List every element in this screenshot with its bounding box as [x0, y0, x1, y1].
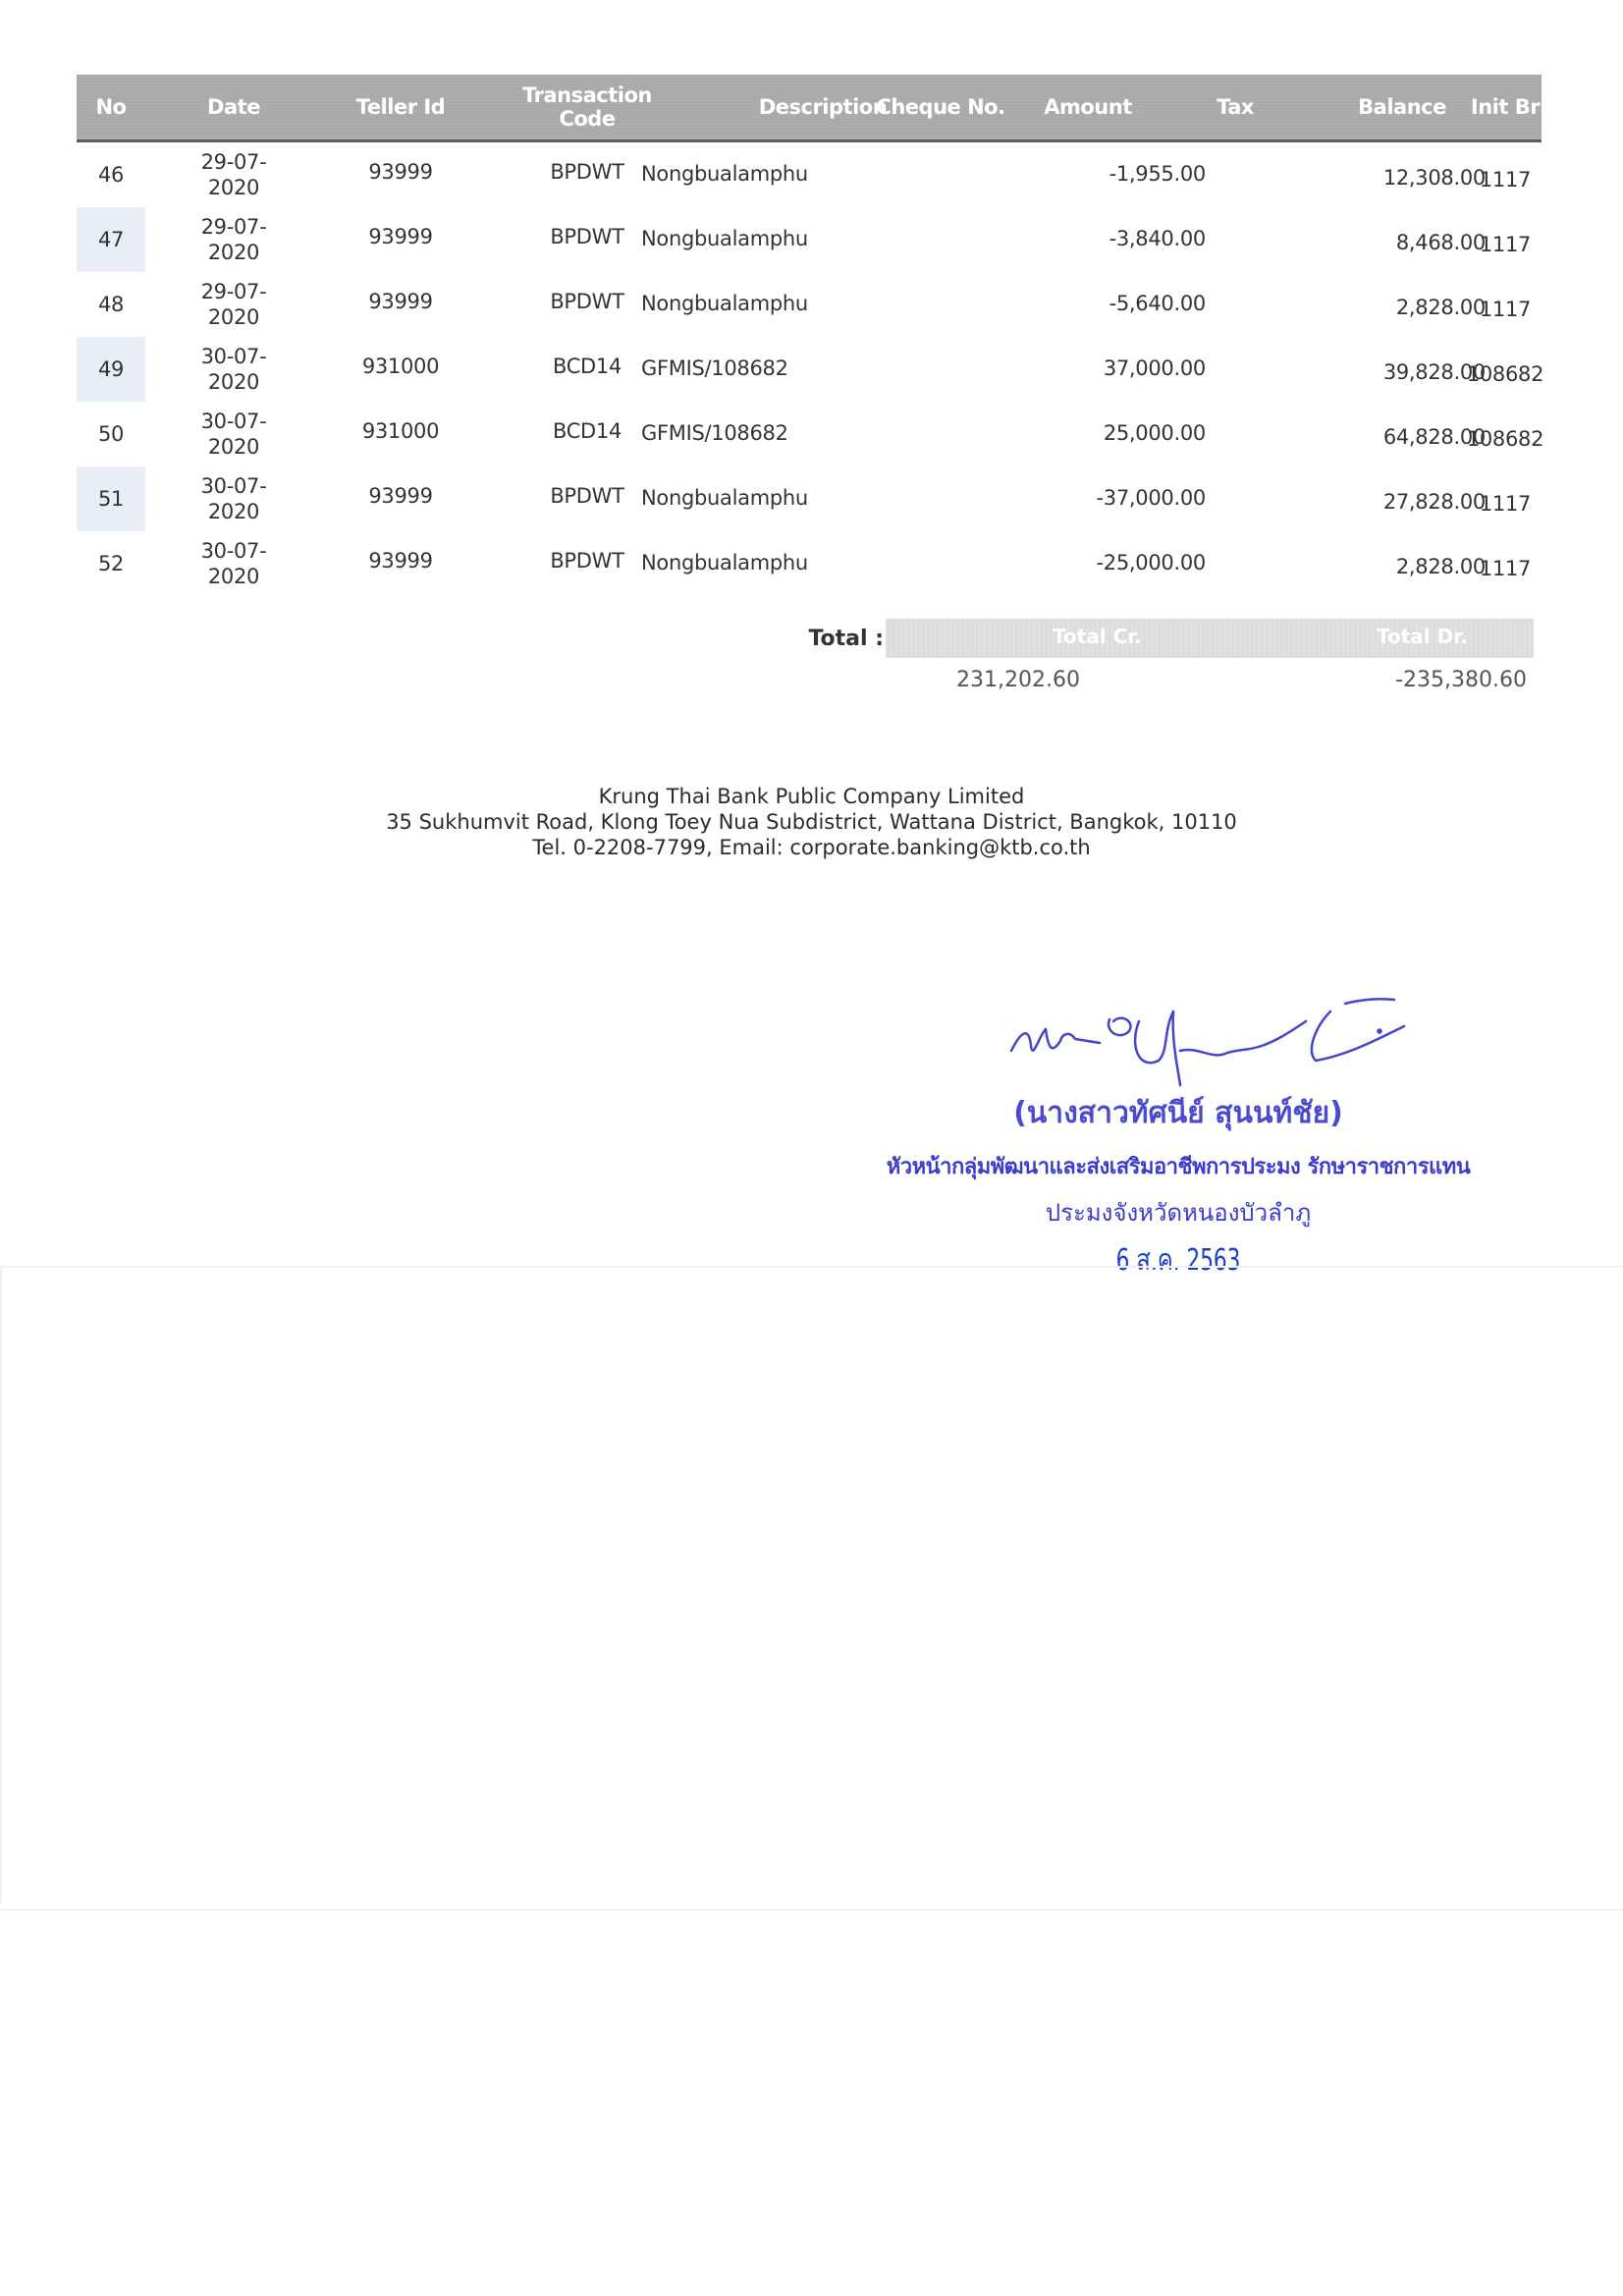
cell-balance: 2,828.00	[1235, 531, 1486, 596]
cell-balance: 2,828.00	[1235, 272, 1486, 337]
cell-amount: -3,840.00	[960, 207, 1206, 272]
header-no: No	[77, 75, 145, 139]
totals-section: Total : Total Cr. Total Dr. 231,202.60 -…	[805, 619, 1551, 727]
cell-date: 30-07-2020	[175, 531, 293, 596]
cell-date-line2: 2020	[208, 240, 259, 265]
cell-date: 29-07-2020	[175, 142, 293, 207]
totals-header-bar: Total Cr. Total Dr.	[886, 619, 1534, 658]
cell-no: 46	[77, 142, 145, 207]
cell-teller-id: 93999	[312, 531, 489, 596]
table-row: 4930-07-2020931000BCD14GFMIS/10868237,00…	[77, 337, 1542, 402]
cell-date-line2: 2020	[208, 434, 259, 460]
signatory-title: หัวหน้ากลุ่มพัฒนาและส่งเสริมอาชีพการประม…	[844, 1149, 1512, 1183]
cell-date: 30-07-2020	[175, 466, 293, 531]
cell-amount: -5,640.00	[960, 272, 1206, 337]
cell-amount: 25,000.00	[960, 402, 1206, 466]
cell-init-br: 1117	[1451, 531, 1559, 596]
cell-date-line1: 30-07-	[201, 538, 267, 564]
cell-date: 30-07-2020	[175, 337, 293, 402]
cell-amount: -37,000.00	[960, 466, 1206, 531]
total-debit-header: Total Dr.	[1377, 625, 1468, 648]
table-body: 4629-07-202093999BPDWTNongbualamphu-1,95…	[77, 142, 1542, 596]
cell-init-br: 108682	[1451, 402, 1559, 466]
cell-date-line2: 2020	[208, 175, 259, 200]
cell-balance: 27,828.00	[1235, 466, 1486, 531]
cell-date-line1: 30-07-	[201, 344, 267, 369]
scan-page-divider	[0, 1266, 1623, 1268]
table-row: 5030-07-2020931000BCD14GFMIS/10868225,00…	[77, 402, 1542, 466]
total-credit-value: 231,202.60	[956, 668, 1080, 692]
signatory-organization: ประมงจังหวัดหนองบัวลำภู	[844, 1193, 1512, 1231]
certification-date: 6 ส.ค. 2563	[911, 1237, 1445, 1284]
table-row: 4629-07-202093999BPDWTNongbualamphu-1,95…	[77, 142, 1542, 207]
cell-no: 47	[77, 207, 145, 272]
cell-date-line1: 29-07-	[201, 279, 267, 304]
cell-amount: -1,955.00	[960, 142, 1206, 207]
cell-teller-id: 93999	[312, 142, 489, 207]
cell-balance: 12,308.00	[1235, 142, 1486, 207]
table-row: 5230-07-202093999BPDWTNongbualamphu-25,0…	[77, 531, 1542, 596]
header-tax: Tax	[1176, 75, 1294, 139]
cell-init-br: 1117	[1451, 272, 1559, 337]
cell-date: 29-07-2020	[175, 207, 293, 272]
header-teller-id: Teller Id	[312, 75, 489, 139]
cell-init-br: 1117	[1451, 142, 1559, 207]
table-row: 4829-07-202093999BPDWTNongbualamphu-5,64…	[77, 272, 1542, 337]
total-debit-value: -235,380.60	[1395, 668, 1527, 692]
cell-date-line1: 29-07-	[201, 214, 267, 240]
cell-init-br: 108682	[1451, 337, 1559, 402]
signature-icon	[992, 992, 1414, 1100]
cell-amount: -25,000.00	[960, 531, 1206, 596]
total-label: Total :	[805, 627, 884, 651]
cell-no: 49	[77, 337, 145, 402]
cell-teller-id: 931000	[312, 402, 489, 466]
header-transaction-code-line2: Code	[559, 107, 615, 131]
cell-date-line1: 30-07-	[201, 409, 267, 434]
header-amount: Amount	[1019, 75, 1157, 139]
cell-teller-id: 931000	[312, 337, 489, 402]
total-credit-header: Total Cr.	[1053, 625, 1142, 648]
cell-date: 29-07-2020	[175, 272, 293, 337]
cell-no: 50	[77, 402, 145, 466]
cell-no: 52	[77, 531, 145, 596]
table-header: No Date Teller Id Transaction Code Descr…	[77, 75, 1542, 142]
signatory-name: (นางสาวทัศนีย์ สุนนท์ชัย)	[844, 1090, 1512, 1136]
cell-teller-id: 93999	[312, 207, 489, 272]
bank-footer: Krung Thai Bank Public Company Limited 3…	[0, 784, 1623, 860]
header-init-br: Init Br	[1451, 75, 1559, 139]
scan-page-divider-lower	[0, 1909, 1623, 1911]
header-transaction-code-line1: Transaction	[522, 83, 652, 107]
table-row: 5130-07-202093999BPDWTNongbualamphu-37,0…	[77, 466, 1542, 531]
cell-no: 48	[77, 272, 145, 337]
bank-contact: Tel. 0-2208-7799, Email: corporate.banki…	[0, 835, 1623, 860]
scan-edge	[0, 1267, 2, 1905]
statement-page: No Date Teller Id Transaction Code Descr…	[0, 0, 1623, 2296]
cell-init-br: 1117	[1451, 466, 1559, 531]
cell-date-line2: 2020	[208, 304, 259, 330]
cell-date: 30-07-2020	[175, 402, 293, 466]
certification-stamp: (นางสาวทัศนีย์ สุนนท์ชัย) หัวหน้ากลุ่มพั…	[844, 992, 1512, 1286]
cell-teller-id: 93999	[312, 466, 489, 531]
cell-date-line2: 2020	[208, 369, 259, 395]
table-row: 4729-07-202093999BPDWTNongbualamphu-3,84…	[77, 207, 1542, 272]
bank-address: 35 Sukhumvit Road, Klong Toey Nua Subdis…	[0, 809, 1623, 835]
cell-date-line1: 30-07-	[201, 473, 267, 499]
cell-date-line2: 2020	[208, 499, 259, 524]
header-date: Date	[175, 75, 293, 139]
cell-balance: 64,828.00	[1235, 402, 1486, 466]
cell-no: 51	[77, 466, 145, 531]
cell-init-br: 1117	[1451, 207, 1559, 272]
bank-company-name: Krung Thai Bank Public Company Limited	[0, 784, 1623, 809]
cell-balance: 8,468.00	[1235, 207, 1486, 272]
cell-date-line1: 29-07-	[201, 149, 267, 175]
transaction-table: No Date Teller Id Transaction Code Descr…	[77, 75, 1542, 596]
cell-balance: 39,828.00	[1235, 337, 1486, 402]
cell-amount: 37,000.00	[960, 337, 1206, 402]
header-cheque-no: Cheque No.	[862, 75, 1019, 139]
cell-date-line2: 2020	[208, 564, 259, 589]
cell-teller-id: 93999	[312, 272, 489, 337]
header-transaction-code: Transaction Code	[489, 75, 685, 139]
